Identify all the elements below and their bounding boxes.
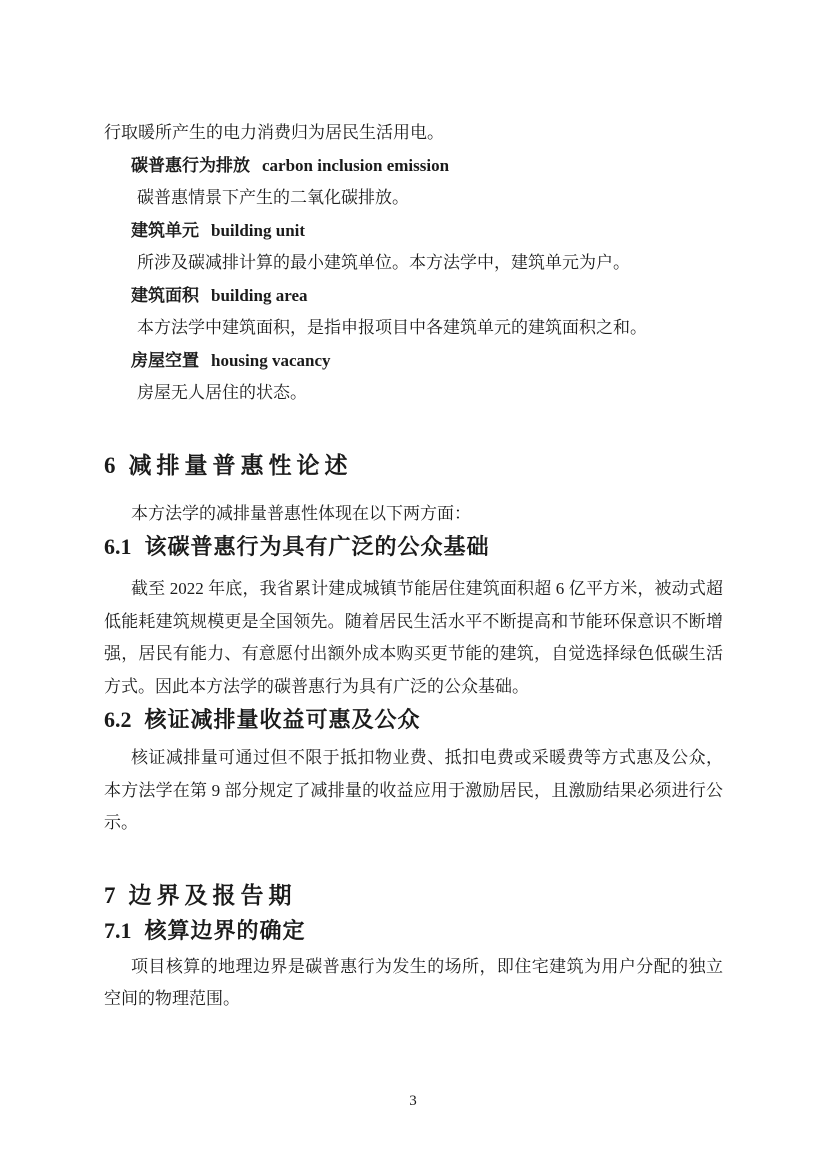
heading-chapter-6: 6减排量普惠性论述 [104, 448, 723, 484]
heading-title: 该碳普惠行为具有广泛的公众基础 [145, 534, 490, 559]
definition-text: 所涉及碳减排计算的最小建筑单位。本方法学中，建筑单元为户。 [137, 247, 723, 280]
term-en: building area [211, 286, 308, 305]
definition-term: 房屋空置housing vacancy [131, 345, 723, 378]
definition-term: 建筑面积building area [131, 280, 723, 313]
term-zh: 碳普惠行为排放 [131, 156, 250, 175]
heading-number: 7.1 [104, 918, 132, 943]
definition-term: 碳普惠行为排放carbon inclusion emission [131, 150, 723, 183]
heading-section-7-1: 7.1核算边界的确定 [104, 914, 723, 948]
term-en: building unit [211, 221, 305, 240]
term-zh: 建筑面积 [131, 286, 199, 305]
definitions-list: 碳普惠行为排放carbon inclusion emission 碳普惠情景下产… [104, 150, 723, 410]
term-zh: 房屋空置 [131, 351, 199, 370]
heading-number: 6.2 [104, 707, 132, 732]
heading-title: 核证减排量收益可惠及公众 [145, 707, 421, 732]
heading-title: 核算边界的确定 [145, 918, 306, 943]
document-page: 行取暖所产生的电力消费归为居民生活用电。 碳普惠行为排放carbon inclu… [0, 0, 826, 1169]
definition-text: 房屋无人居住的状态。 [137, 377, 723, 410]
term-en: carbon inclusion emission [262, 156, 449, 175]
definition-term: 建筑单元building unit [131, 215, 723, 248]
heading-section-6-2: 6.2核证减排量收益可惠及公众 [104, 703, 723, 737]
heading-title: 减排量普惠性论述 [129, 453, 353, 478]
heading-title: 边界及报告期 [129, 883, 297, 908]
definition-text: 本方法学中建筑面积，是指申报项目中各建筑单元的建筑面积之和。 [137, 312, 723, 345]
heading-number: 6 [104, 453, 116, 478]
heading-chapter-7: 7边界及报告期 [104, 878, 723, 914]
heading-number: 6.1 [104, 534, 132, 559]
paragraph-section7-1: 项目核算的地理边界是碳普惠行为发生的场所，即住宅建筑为用户分配的独立空间的物理范… [104, 951, 723, 1016]
paragraph-section6-1: 截至 2022 年底，我省累计建成城镇节能居住建筑面积超 6 亿平方米，被动式超… [104, 573, 723, 703]
definition-text: 碳普惠情景下产生的二氧化碳排放。 [137, 182, 723, 215]
paragraph-section6-2: 核证减排量可通过但不限于抵扣物业费、抵扣电费或采暖费等方式惠及公众，本方法学在第… [104, 742, 723, 840]
heading-section-6-1: 6.1该碳普惠行为具有广泛的公众基础 [104, 530, 723, 564]
paragraph-section6-intro: 本方法学的减排量普惠性体现在以下两方面： [104, 498, 723, 531]
term-zh: 建筑单元 [131, 221, 199, 240]
heading-number: 7 [104, 883, 116, 908]
term-en: housing vacancy [211, 351, 331, 370]
page-number: 3 [0, 1090, 826, 1112]
paragraph-continuation: 行取暖所产生的电力消费归为居民生活用电。 [104, 117, 723, 150]
